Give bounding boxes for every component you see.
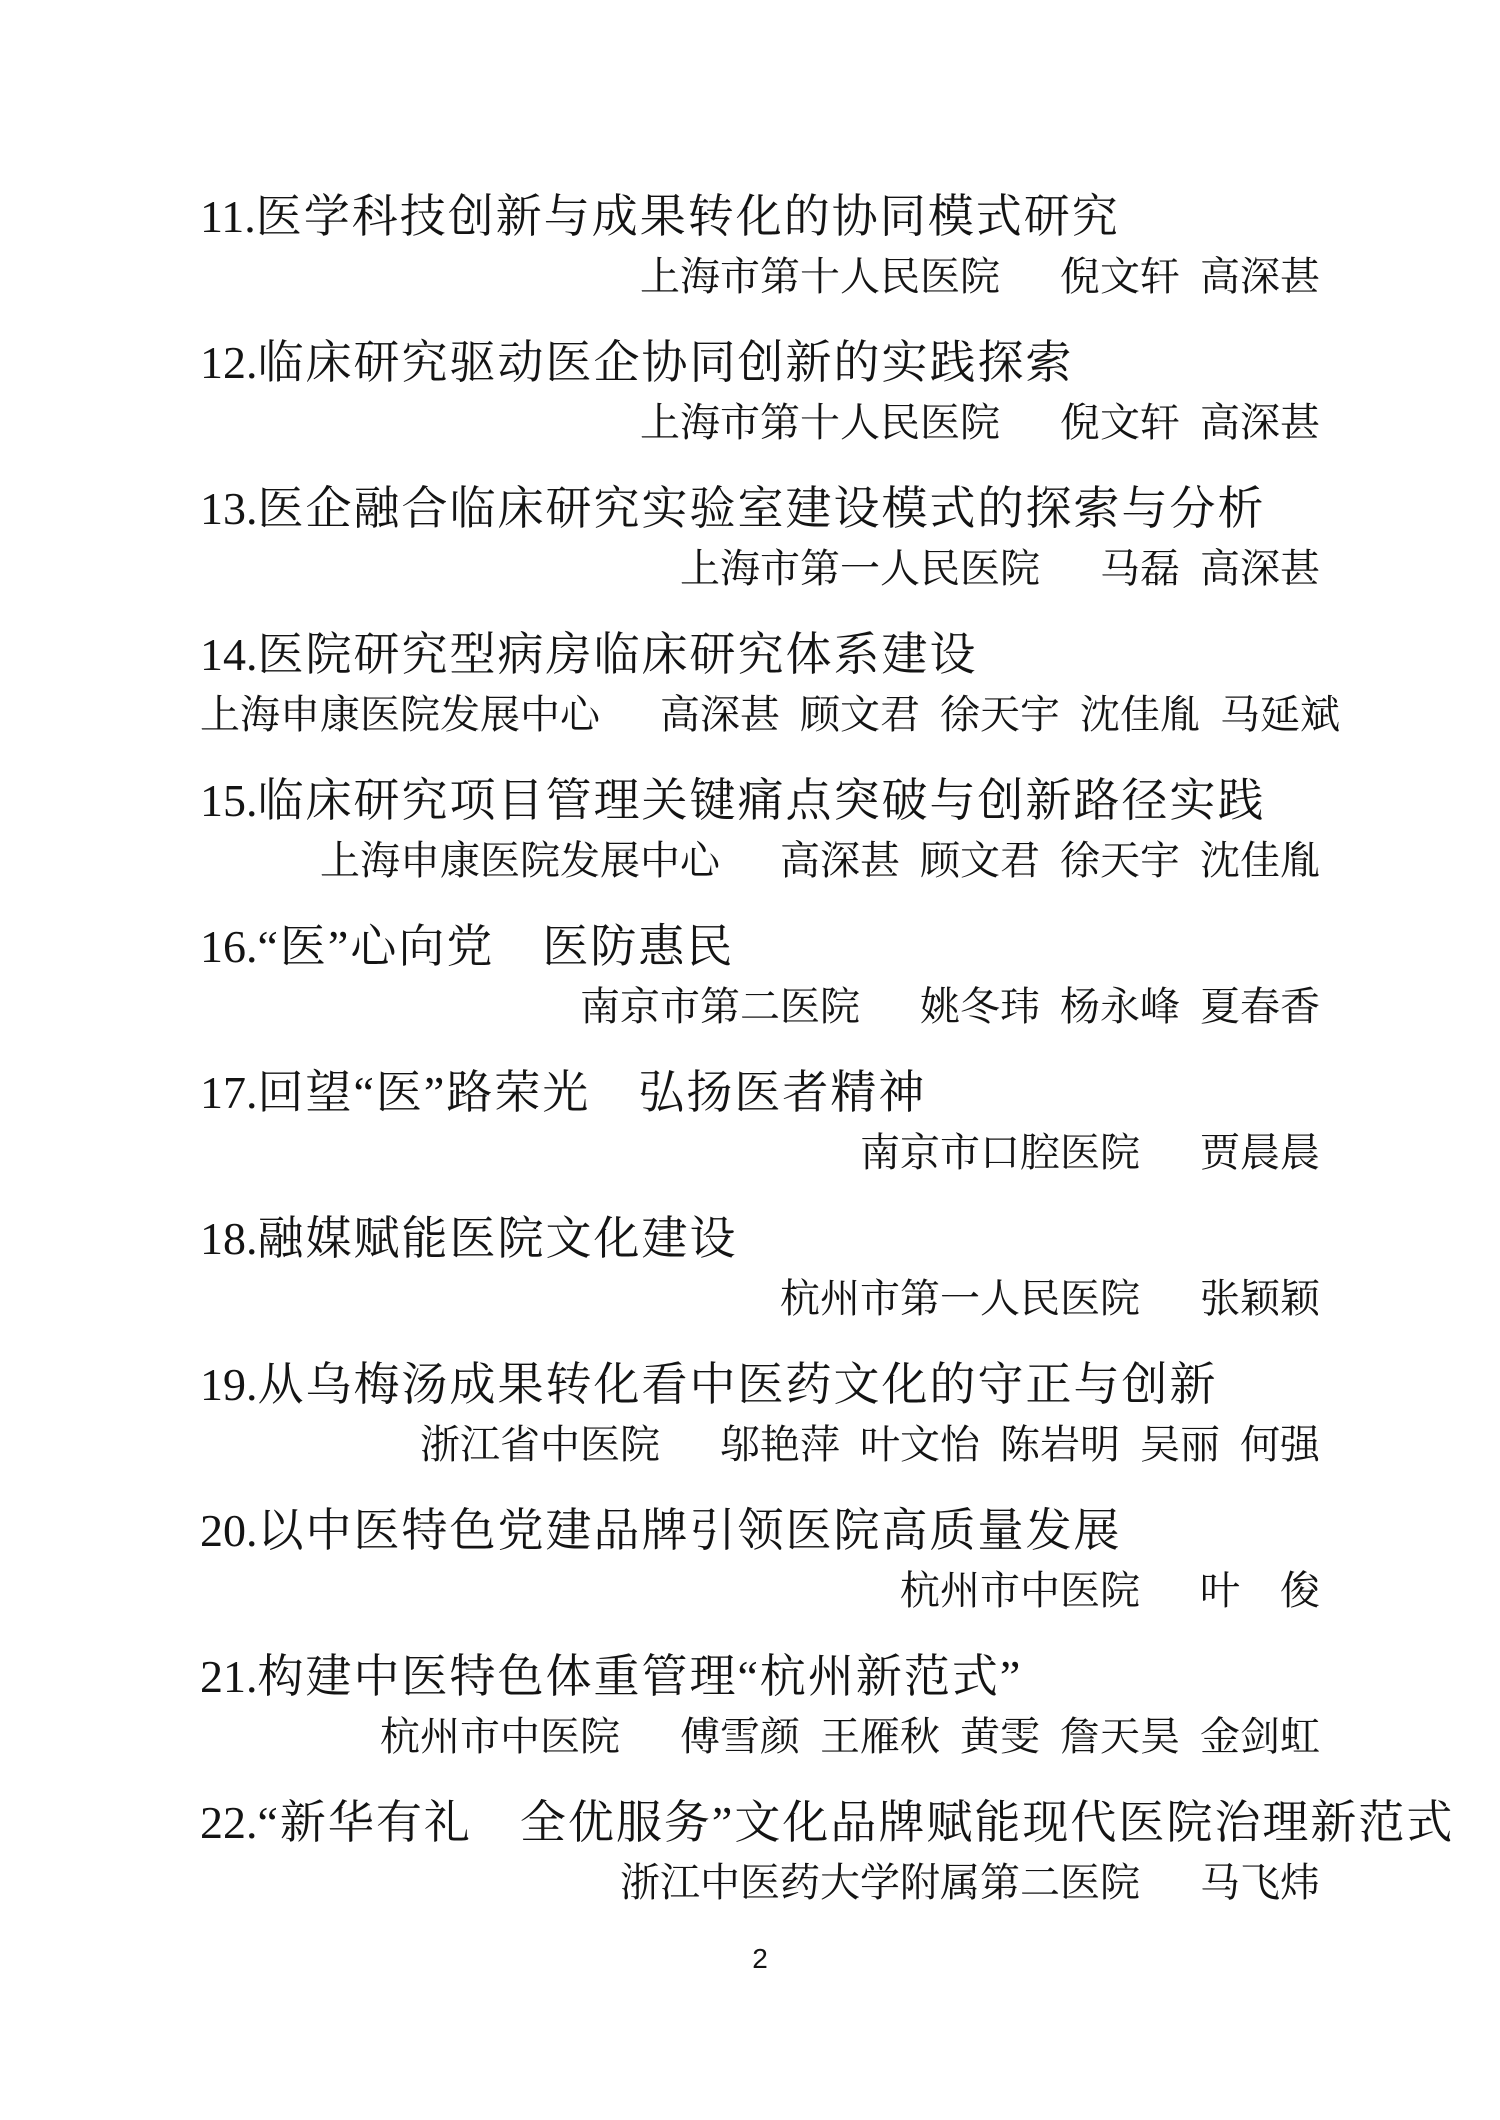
- entry-title: 19.从乌梅汤成果转化看中医药文化的守正与创新: [200, 1358, 1320, 1412]
- entry-list: 11.医学科技创新与成果转化的协同模式研究 上海市第十人民医院 倪文轩 高深甚 …: [200, 190, 1320, 1908]
- entry-authors-line: 上海申康医院发展中心 高深甚 顾文君 徐天宇 沈佳胤: [200, 836, 1320, 886]
- entry-authors-line: 南京市口腔医院 贾晨晨: [200, 1128, 1320, 1178]
- entry-number: 13.: [200, 483, 258, 534]
- entry-title: 20.以中医特色党建品牌引领医院高质量发展: [200, 1504, 1320, 1558]
- entry-title-text: 医院研究型病房临床研究体系建设: [258, 629, 978, 680]
- list-item: 11.医学科技创新与成果转化的协同模式研究 上海市第十人民医院 倪文轩 高深甚: [200, 190, 1320, 302]
- entry-authors-line: 上海市第十人民医院 倪文轩 高深甚: [200, 398, 1320, 448]
- list-item: 18.融媒赋能医院文化建设 杭州市第一人民医院 张颖颖: [200, 1212, 1320, 1324]
- entry-title-text: 从乌梅汤成果转化看中医药文化的守正与创新: [258, 1359, 1218, 1410]
- entry-number: 11.: [200, 191, 256, 242]
- entry-number: 18.: [200, 1213, 258, 1264]
- entry-authors-line: 杭州市中医院 傅雪颜 王雁秋 黄雯 詹天昊 金剑虹: [200, 1712, 1320, 1762]
- entry-title: 12.临床研究驱动医企协同创新的实践探索: [200, 336, 1320, 390]
- entry-title-text: 融媒赋能医院文化建设: [258, 1213, 738, 1264]
- entry-title-text: 构建中医特色体重管理“杭州新范式”: [258, 1651, 1023, 1702]
- entry-title-text: 医企融合临床研究实验室建设模式的探索与分析: [258, 483, 1266, 534]
- entry-authors-line: 南京市第二医院 姚冬玮 杨永峰 夏春香: [200, 982, 1320, 1032]
- entry-title-text: “新华有礼 全优服务”文化品牌赋能现代医院治理新范式: [258, 1797, 1455, 1848]
- list-item: 12.临床研究驱动医企协同创新的实践探索 上海市第十人民医院 倪文轩 高深甚: [200, 336, 1320, 448]
- list-item: 17.回望“医”路荣光 弘扬医者精神 南京市口腔医院 贾晨晨: [200, 1066, 1320, 1178]
- entry-authors-line: 浙江中医药大学附属第二医院 马飞炜: [200, 1858, 1320, 1908]
- entry-authors-line: 浙江省中医院 邬艳萍 叶文怡 陈岩明 吴丽 何强: [200, 1420, 1320, 1470]
- entry-title-text: 以中医特色党建品牌引领医院高质量发展: [258, 1505, 1122, 1556]
- entry-title: 13.医企融合临床研究实验室建设模式的探索与分析: [200, 482, 1320, 536]
- list-item: 15.临床研究项目管理关键痛点突破与创新路径实践 上海申康医院发展中心 高深甚 …: [200, 774, 1320, 886]
- entry-title-text: 医学科技创新与成果转化的协同模式研究: [256, 191, 1120, 242]
- entry-title-text: 临床研究驱动医企协同创新的实践探索: [258, 337, 1074, 388]
- document-page: 11.医学科技创新与成果转化的协同模式研究 上海市第十人民医院 倪文轩 高深甚 …: [0, 0, 1500, 2120]
- list-item: 22.“新华有礼 全优服务”文化品牌赋能现代医院治理新范式 浙江中医药大学附属第…: [200, 1796, 1320, 1908]
- entry-number: 15.: [200, 775, 258, 826]
- list-item: 13.医企融合临床研究实验室建设模式的探索与分析 上海市第一人民医院 马磊 高深…: [200, 482, 1320, 594]
- entry-number: 19.: [200, 1359, 258, 1410]
- entry-number: 17.: [200, 1067, 258, 1118]
- entry-title-text: 回望“医”路荣光 弘扬医者精神: [258, 1067, 927, 1118]
- list-item: 19.从乌梅汤成果转化看中医药文化的守正与创新 浙江省中医院 邬艳萍 叶文怡 陈…: [200, 1358, 1320, 1470]
- list-item: 16.“医”心向党 医防惠民 南京市第二医院 姚冬玮 杨永峰 夏春香: [200, 920, 1320, 1032]
- entry-authors-line: 上海市第一人民医院 马磊 高深甚: [200, 544, 1320, 594]
- entry-title-text: “医”心向党 医防惠民: [258, 921, 735, 972]
- entry-title: 15.临床研究项目管理关键痛点突破与创新路径实践: [200, 774, 1320, 828]
- entry-title: 16.“医”心向党 医防惠民: [200, 920, 1320, 974]
- entry-title-text: 临床研究项目管理关键痛点突破与创新路径实践: [258, 775, 1266, 826]
- list-item: 20.以中医特色党建品牌引领医院高质量发展 杭州市中医院 叶 俊: [200, 1504, 1320, 1616]
- entry-title: 14.医院研究型病房临床研究体系建设: [200, 628, 1320, 682]
- entry-number: 14.: [200, 629, 258, 680]
- entry-number: 20.: [200, 1505, 258, 1556]
- entry-authors-line: 上海申康医院发展中心 高深甚 顾文君 徐天宇 沈佳胤 马延斌: [200, 690, 1320, 740]
- list-item: 14.医院研究型病房临床研究体系建设 上海申康医院发展中心 高深甚 顾文君 徐天…: [200, 628, 1320, 740]
- entry-number: 22.: [200, 1797, 258, 1848]
- entry-authors-line: 杭州市第一人民医院 张颖颖: [200, 1274, 1320, 1324]
- entry-number: 12.: [200, 337, 258, 388]
- entry-number: 16.: [200, 921, 258, 972]
- list-item: 21.构建中医特色体重管理“杭州新范式” 杭州市中医院 傅雪颜 王雁秋 黄雯 詹…: [200, 1650, 1320, 1762]
- entry-title: 22.“新华有礼 全优服务”文化品牌赋能现代医院治理新范式: [200, 1796, 1320, 1850]
- entry-title: 17.回望“医”路荣光 弘扬医者精神: [200, 1066, 1320, 1120]
- entry-title: 11.医学科技创新与成果转化的协同模式研究: [200, 190, 1320, 244]
- page-number: 2: [200, 1942, 1320, 1976]
- entry-title: 21.构建中医特色体重管理“杭州新范式”: [200, 1650, 1320, 1704]
- entry-title: 18.融媒赋能医院文化建设: [200, 1212, 1320, 1266]
- entry-authors-line: 上海市第十人民医院 倪文轩 高深甚: [200, 252, 1320, 302]
- entry-authors-line: 杭州市中医院 叶 俊: [200, 1566, 1320, 1616]
- entry-number: 21.: [200, 1651, 258, 1702]
